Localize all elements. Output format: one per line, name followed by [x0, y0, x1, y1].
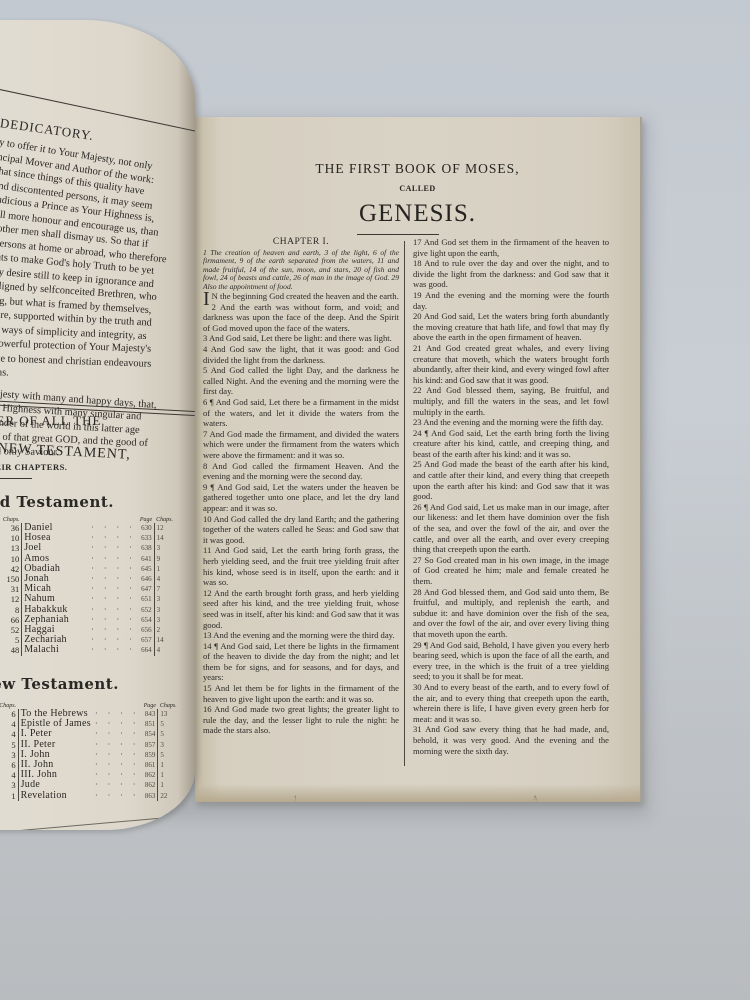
chapter-count: 6	[0, 760, 18, 770]
page-number: 657	[138, 635, 154, 645]
chapter-count: 10	[0, 554, 22, 564]
verse: 10 And God called the dry land Earth; an…	[203, 514, 399, 546]
old-testament-heading: Old Testament.	[0, 493, 114, 511]
order-heading-3: THEIR CHAPTERS.	[0, 462, 67, 472]
leader-dots: · · · ·	[93, 719, 142, 729]
page-number: 863	[142, 791, 158, 801]
chapter-count: 52	[0, 625, 22, 635]
verse: 28 And God blessed them, and God said un…	[413, 587, 609, 640]
page-number: 861	[142, 760, 158, 770]
verse: 26 ¶ And God said, Let us make man in ou…	[413, 502, 609, 555]
verse: IN the beginning God created the heaven …	[203, 291, 399, 302]
verse: 22 And God blessed them, saying, Be frui…	[413, 385, 609, 417]
new-testament-index: Page Chaps. Page Chaps. 8236To the Hebre…	[0, 703, 179, 801]
verse: 8 And God called the firmament Heaven. A…	[203, 461, 399, 482]
verse: 4 And God saw the light, that it was goo…	[203, 344, 399, 365]
page-number: 857	[142, 740, 158, 750]
book-title: GENESIS.	[195, 200, 640, 228]
verse: 31 And God saw every thing that he had m…	[413, 724, 609, 756]
verse: 25 And God made the beast of the earth a…	[413, 459, 609, 501]
chapter-count: 8	[0, 605, 22, 615]
chapter-count: 12	[0, 594, 22, 604]
verse: 30 And to every beast of the earth, and …	[413, 682, 609, 724]
chapter-count: 3	[0, 750, 18, 760]
book-heading: THE FIRST BOOK OF MOSES,	[195, 161, 640, 177]
column-divider	[404, 241, 405, 766]
chapter-count: 42	[0, 564, 22, 574]
leader-dots: · · · ·	[93, 760, 142, 770]
book-name: Revelation	[18, 791, 93, 801]
verse: 7 And God made the firmament, and divide…	[203, 429, 399, 461]
leader-dots: · · · ·	[93, 770, 142, 780]
verse: 17 And God set them in the firmament of …	[413, 237, 609, 258]
chapter-count: 13	[0, 543, 22, 553]
chapter-count: 3	[154, 594, 175, 604]
chapter-count: 10	[0, 533, 22, 543]
page-number: 862	[142, 780, 158, 790]
page-number: 654	[138, 615, 154, 625]
genesis-page: THE FIRST BOOK OF MOSES, CALLED GENESIS.…	[195, 117, 642, 802]
verse: 27 So God created man in his own image, …	[413, 555, 609, 587]
chapter-count: 4	[154, 645, 175, 655]
new-testament-heading: New Testament.	[0, 675, 119, 693]
verse: 12 And the earth brought forth grass, an…	[203, 588, 399, 630]
leader-dots: · · · ·	[93, 750, 142, 760]
chapter-count: 3	[0, 780, 18, 790]
page-number: 651	[138, 594, 154, 604]
chapter-count: 2	[154, 625, 175, 635]
page-number: 851	[142, 719, 158, 729]
chapter-count: 3	[158, 740, 179, 750]
chapter-count: 150	[0, 574, 22, 584]
leader-dots: · · · ·	[89, 533, 138, 543]
page-number: 646	[138, 574, 154, 584]
leader-dots: · · · ·	[89, 554, 138, 564]
leader-dots: · · · ·	[93, 729, 142, 739]
chapter-heading: CHAPTER I.	[203, 237, 399, 248]
page-number: 862	[142, 770, 158, 780]
verse: 5 And God called the light Day, and the …	[203, 365, 399, 397]
chapter-count: 3	[154, 605, 175, 615]
page-bottom-rule	[0, 814, 195, 830]
verse: 14 ¶ And God said, Let there be lights i…	[203, 641, 399, 683]
chapter-count: 1	[158, 760, 179, 770]
verse: 15 And let them be for lights in the fir…	[203, 683, 399, 704]
chapter-count: 4	[0, 719, 18, 729]
order-heading-1: DER OF ALL THE	[0, 413, 101, 429]
leader-dots: · · · ·	[89, 605, 138, 615]
chapter-count: 7	[154, 584, 175, 594]
chapter-count: 3	[154, 543, 175, 553]
chapter-count: 1	[158, 780, 179, 790]
verse: 24 ¶ And God said, Let the earth bring f…	[413, 428, 609, 460]
page-number: 641	[138, 554, 154, 564]
chapter-count: 5	[0, 740, 18, 750]
verse: 19 And the evening and the morning were …	[413, 290, 609, 311]
chapter-count: 3	[154, 615, 175, 625]
verse: 9 ¶ And God said, Let the waters under t…	[203, 482, 399, 514]
page-number: 854	[142, 729, 158, 739]
text-column-left: CHAPTER I. 1 The creation of heaven and …	[203, 237, 399, 736]
page-number: 843	[142, 709, 158, 719]
page-number: 647	[138, 584, 154, 594]
verse: 6 ¶ And God said, Let there be a firmame…	[203, 397, 399, 429]
page-number: 652	[138, 605, 154, 615]
chapter-count: 1	[154, 564, 175, 574]
chapter-count: 4	[0, 770, 18, 780]
leader-dots: · · · ·	[93, 709, 142, 719]
index-row: 8421Revelation· · · ·86322	[0, 791, 179, 801]
chapter-count: 6	[0, 709, 18, 719]
leader-dots: · · · ·	[93, 791, 142, 801]
verse: 3 And God said, Let there be light: and …	[203, 333, 399, 344]
chapter-summary: 1 The creation of heaven and earth, 3 of…	[203, 249, 399, 292]
leader-dots: · · · ·	[89, 635, 138, 645]
chapter-count: 12	[154, 523, 175, 533]
verse: 21 And God created great whales, and eve…	[413, 343, 609, 385]
chapter-count: 66	[0, 615, 22, 625]
chapter-count: 4	[154, 574, 175, 584]
chapter-count: 36	[0, 523, 22, 533]
title-rule	[357, 234, 439, 235]
page-number: 664	[138, 645, 154, 655]
book-name: Malachi	[22, 645, 89, 655]
verse: 18 And to rule over the day and over the…	[413, 258, 609, 290]
page-number: 630	[138, 523, 154, 533]
chapter-count: 5	[158, 750, 179, 760]
page-number: 859	[142, 750, 158, 760]
text-column-right: 17 And God set them in the firmament of …	[413, 237, 609, 756]
chapter-count: 5	[0, 635, 22, 645]
chapter-count: 9	[154, 554, 175, 564]
leader-dots: · · · ·	[89, 523, 138, 533]
page-number: 645	[138, 564, 154, 574]
page-edge	[195, 784, 640, 802]
leader-dots: · · · ·	[89, 543, 138, 553]
leader-dots: · · · ·	[93, 740, 142, 750]
chapter-count: 1	[0, 791, 18, 801]
leader-dots: · · · ·	[89, 645, 138, 655]
leader-dots: · · · ·	[89, 615, 138, 625]
leader-dots: · · · ·	[89, 564, 138, 574]
verse: 16 And God made two great lights; the gr…	[203, 704, 399, 736]
leader-dots: · · · ·	[89, 594, 138, 604]
dedicatory-index-page: DEDICATORY. duty to offer it to Your Maj…	[0, 20, 195, 830]
chapter-count: 22	[158, 791, 179, 801]
chapter-count: 4	[0, 729, 18, 739]
old-testament-index: Page Chaps. Page Chaps. 33436Daniel· · ·…	[0, 517, 175, 656]
called-label: CALLED	[195, 184, 640, 193]
verse: 23 And the evening and the morning were …	[413, 417, 609, 428]
verse: 29 ¶ And God said, Behold, I have given …	[413, 640, 609, 682]
leader-dots: · · · ·	[89, 574, 138, 584]
leader-dots: · · · ·	[89, 625, 138, 635]
chapter-count: 14	[154, 533, 175, 543]
chapter-count: 5	[158, 719, 179, 729]
verse: 11 And God said, Let the earth bring for…	[203, 545, 399, 587]
verse: 2 And the earth was without form, and vo…	[203, 302, 399, 334]
chapter-count: 1	[158, 770, 179, 780]
chapter-count: 48	[0, 645, 22, 655]
chapter-count: 5	[158, 729, 179, 739]
page-number: 633	[138, 533, 154, 543]
verse: 20 And God said, Let the waters bring fo…	[413, 311, 609, 343]
short-rule	[0, 478, 32, 479]
chapter-count: 14	[154, 635, 175, 645]
chapter-count: 13	[158, 709, 179, 719]
index-row: 57948Malachi· · · ·6644	[0, 645, 175, 655]
page-number: 656	[138, 625, 154, 635]
leader-dots: · · · ·	[89, 584, 138, 594]
chapter-count: 31	[0, 584, 22, 594]
leader-dots: · · · ·	[93, 780, 142, 790]
page-number: 638	[138, 543, 154, 553]
verse: 13 And the evening and the morning were …	[203, 630, 399, 641]
